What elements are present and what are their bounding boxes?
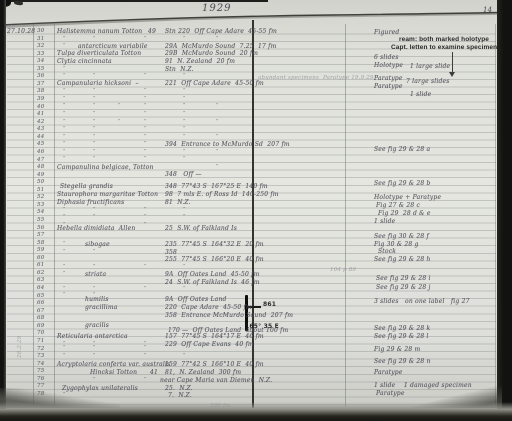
specimen-number: 53 bbox=[37, 203, 44, 209]
ledger-entry-text: 81 N.Z. bbox=[165, 200, 191, 206]
ledger-entry-text: See fig 29 & 28 j bbox=[376, 285, 431, 291]
ledger-entry-text: Diphasia fructificans bbox=[57, 200, 124, 206]
specimen-number: 47 bbox=[37, 158, 44, 164]
ditto-mark: ″ bbox=[183, 265, 185, 271]
ledger-entry-text: Hincksi Totton bbox=[90, 370, 137, 376]
ditto-mark: ″ bbox=[93, 293, 95, 299]
ditto-mark: ″ bbox=[144, 112, 146, 118]
ditto-mark: ″ bbox=[216, 120, 218, 126]
specimen-number: 66 bbox=[37, 301, 44, 307]
ledger-entry-text: 91 N. Zealand 20 fm bbox=[165, 59, 235, 65]
ditto-mark: ″ bbox=[183, 37, 185, 43]
ditto-mark: ″ bbox=[183, 346, 185, 352]
ditto-mark: ″ bbox=[93, 157, 95, 163]
ditto-mark: ″ bbox=[63, 157, 65, 163]
ditto-mark: ″ bbox=[183, 89, 185, 95]
specimen-number: 40 bbox=[37, 105, 44, 111]
ledger-entry-text: near Cape Maria van Diemen N.Z. bbox=[160, 378, 272, 384]
ledger-entry-text: Campanularia hicksoni – bbox=[57, 81, 139, 87]
ledger-entry-text: Stegella grandis bbox=[60, 184, 113, 190]
ledger-entry-text: Figured bbox=[374, 30, 399, 36]
ditto-mark: ″ bbox=[93, 142, 95, 148]
year-label: 1929 bbox=[202, 4, 231, 14]
column-rule-date bbox=[33, 24, 34, 407]
ledger-entry-text: 221 Off Cape Adare 45-50 fm bbox=[165, 81, 264, 87]
specimen-number: 50 bbox=[37, 180, 44, 186]
ledger-entry-text: 348 77°43 S 167°25 E 140 fm bbox=[165, 184, 268, 190]
ditto-mark: ″ bbox=[183, 215, 185, 221]
ditto-mark: ″ bbox=[63, 104, 65, 110]
ledger-entry-text: Paratype bbox=[374, 84, 403, 90]
page-number: 14 bbox=[483, 7, 492, 14]
ledger-entry-text: Stn N.Z. bbox=[165, 67, 194, 73]
ditto-mark: ″ bbox=[144, 346, 146, 352]
specimen-number: 61 bbox=[37, 263, 44, 269]
printed-note-line2: Capt. letten to examine specimen bbox=[391, 45, 497, 52]
photo-right-edge bbox=[497, 0, 512, 421]
side-date: 28.2.29 bbox=[18, 336, 24, 358]
specimen-number: 63 bbox=[37, 278, 44, 284]
ledger-entry-text: 861 bbox=[263, 302, 276, 308]
ledger-entry-text: 9A Off Oates Land 45-50 fm bbox=[165, 272, 259, 278]
ditto-mark: ″ bbox=[216, 150, 218, 156]
ditto-mark: ″ bbox=[118, 104, 120, 110]
specimen-number: 74 bbox=[37, 362, 44, 368]
specimen-number: 43 bbox=[37, 127, 44, 133]
ledger-entry-text: 9A Off Oates Land bbox=[165, 297, 227, 303]
specimen-number: 71 bbox=[37, 339, 44, 345]
ledger-entry-text: 29B McMurdo Sound 20 fm bbox=[165, 51, 258, 57]
specimen-number: 68 bbox=[37, 316, 44, 322]
ledger-entry-text: 7. N.Z. bbox=[168, 393, 192, 399]
ledger-entry-text: 24 S.W. of Falkland Is 46 fm bbox=[165, 280, 260, 286]
ditto-mark: ″ bbox=[144, 127, 146, 133]
ditto-mark: ″ bbox=[93, 104, 95, 110]
ledger-entry-text: Acryptolaria conferta var. australis bbox=[57, 362, 170, 368]
ledger-entry-text: Fig 29 & 28 m bbox=[374, 347, 420, 353]
specimen-number: 39 bbox=[37, 97, 44, 103]
ledger-entry-text: See fig 29 & 28 h bbox=[374, 257, 431, 263]
ditto-mark: ″ bbox=[93, 215, 95, 221]
photo-left-edge bbox=[0, 0, 6, 421]
ledger-entry-text: 1 slide bbox=[374, 219, 395, 225]
ditto-mark: ″ bbox=[216, 37, 218, 43]
ditto-mark: ″ bbox=[144, 215, 146, 221]
ditto-mark: ″ bbox=[93, 89, 95, 95]
specimen-number: 45 bbox=[37, 142, 44, 148]
specimen-number: 37 bbox=[37, 82, 44, 88]
specimen-number: 34 bbox=[37, 59, 44, 65]
ledger-entry-text: gracillima bbox=[85, 305, 118, 311]
ditto-mark: ″ bbox=[63, 354, 65, 360]
specimen-number: 76 bbox=[37, 377, 44, 383]
ditto-mark: ″ bbox=[144, 74, 146, 80]
ledger-entry-text: Stock bbox=[378, 249, 396, 255]
ledger-entry-text: Staurophora margaritae Totton bbox=[57, 192, 158, 198]
ditto-mark: ″ bbox=[63, 89, 65, 95]
specimen-number: 32 bbox=[37, 44, 44, 50]
ledger-entry-text: striata bbox=[85, 272, 106, 278]
specimen-number: 57 bbox=[37, 233, 44, 239]
ledger-entry-text: Campanulina belgicae, Totton bbox=[57, 165, 154, 171]
ditto-mark: ″ bbox=[144, 287, 146, 293]
specimen-number: 73 bbox=[37, 354, 44, 360]
ledger-entry-text: Halistemma nanum Totton bbox=[57, 29, 142, 35]
ledger-entry-text: sibogae bbox=[85, 242, 110, 248]
ditto-mark: ″ bbox=[93, 378, 95, 384]
ledger-entry-text: 348 Off — bbox=[165, 172, 202, 178]
ditto-mark: ″ bbox=[93, 354, 95, 360]
ditto-mark: ″ bbox=[144, 37, 146, 43]
specimen-number: 56 bbox=[37, 226, 44, 232]
ditto-mark: ″ bbox=[144, 223, 146, 229]
ledger-entry-text: 394 Entrance to McMurdo Sd 207 fm bbox=[165, 142, 290, 148]
ledger-entry-text: 104 p 89 bbox=[330, 268, 356, 274]
ledger-entry-text: Fig 27 & 28 c bbox=[376, 203, 420, 209]
specimen-number: 51 bbox=[37, 188, 44, 194]
ditto-mark: ″ bbox=[93, 37, 95, 43]
specimen-number: 49 bbox=[37, 173, 44, 179]
ledger-entry-text: 157 77°45 S 164°17 E 46 fm bbox=[165, 334, 264, 340]
ledger-entry-text: 3 slides on one label fig 27 bbox=[374, 299, 470, 305]
ditto-mark: ″ bbox=[63, 272, 65, 278]
ditto-mark: ″ bbox=[63, 74, 65, 80]
annotation-arrow-head bbox=[449, 72, 455, 77]
ledger-entry-text: 229 Off Cape Evans 40 fm bbox=[165, 342, 254, 348]
ledger-entry-text: 1 large slide bbox=[410, 64, 450, 70]
ledger-entry-text: Holotype bbox=[374, 63, 403, 69]
ditto-mark: ″ bbox=[63, 142, 65, 148]
ledger-entry-text: Reticularia antarctica bbox=[57, 334, 128, 340]
ditto-mark: ″ bbox=[144, 157, 146, 163]
ledger-entry-text: gracilis bbox=[85, 323, 109, 329]
printed-note-line1: ream: both marked holotype bbox=[399, 37, 489, 44]
ledger-entry-text: 159 77°42 S 166°10 E 40 fm bbox=[165, 362, 264, 368]
ditto-mark: ″ bbox=[183, 287, 185, 293]
ditto-mark: ″ bbox=[63, 112, 65, 118]
ditto-mark: ″ bbox=[93, 127, 95, 133]
ledger-entry-text: Holotype + Paratype bbox=[374, 195, 441, 201]
ditto-mark: ″ bbox=[216, 104, 218, 110]
ditto-mark: ″ bbox=[144, 265, 146, 271]
ditto-mark: ″ bbox=[63, 215, 65, 221]
ditto-mark: ″ bbox=[183, 135, 185, 141]
ledger-entry-text: See fig 29 & 28 a bbox=[374, 147, 430, 153]
photo-top-edge bbox=[0, 0, 268, 2]
specimen-number: 38 bbox=[37, 89, 44, 95]
column-rule-number bbox=[54, 24, 55, 407]
ledger-entry-text: Clytia cincinnata bbox=[57, 59, 112, 65]
ditto-mark: ″ bbox=[93, 74, 95, 80]
ledger-entry-text: Fig 29 28 d & e bbox=[378, 211, 431, 217]
specimen-number: 60 bbox=[37, 256, 44, 262]
ditto-mark: ″ bbox=[183, 74, 185, 80]
ditto-mark: ″ bbox=[93, 112, 95, 118]
ledger-entry-text: See fig 29 & 28 b bbox=[374, 181, 431, 187]
page-edge-rule bbox=[495, 24, 496, 407]
ledger-entry-text: humilis bbox=[85, 297, 109, 303]
specimen-number: 75 bbox=[37, 369, 44, 375]
specimen-number: 52 bbox=[37, 195, 44, 201]
ledger-entry-text: 25 S.W. of Falkland Is bbox=[165, 226, 237, 232]
ditto-mark: ″ bbox=[93, 250, 95, 256]
specimen-number: 64 bbox=[37, 286, 44, 292]
ledger-entry-text: See fig 29 & 28 n bbox=[374, 359, 431, 365]
ditto-mark: ″ bbox=[144, 378, 146, 384]
specimen-number: 33 bbox=[37, 52, 44, 58]
ledger-entry-text: 98 7 mls E. of Ross Id 140-250 fm bbox=[165, 192, 279, 198]
ledger-entry-text: Tulpa diverticulata Totton bbox=[57, 51, 141, 57]
ledger-entry-text: abundant specimens Paratype 19.9.29 bbox=[258, 76, 374, 82]
specimen-number: 72 bbox=[37, 347, 44, 353]
annotation-arrow-line bbox=[452, 52, 453, 73]
ditto-mark: ″ bbox=[63, 223, 65, 229]
specimen-number: 67 bbox=[37, 309, 44, 315]
ledger-entry-text: 27.10.28 bbox=[7, 29, 35, 35]
ditto-mark: ″ bbox=[63, 127, 65, 133]
ditto-mark: ″ bbox=[63, 293, 65, 299]
ledger-entry-text: Hebella dimidiata Allen bbox=[57, 226, 135, 232]
ditto-mark: ″ bbox=[63, 346, 65, 352]
ditto-mark: ″ bbox=[118, 120, 120, 126]
ledger-entry-text: See fig 30 & 28 f bbox=[374, 234, 429, 240]
specimen-number: 48 bbox=[37, 165, 44, 171]
ledger-entry-text: See fig 29 & 28 k bbox=[374, 326, 430, 332]
ledger-entry-text: 220 Cape Adare 45-50 fm bbox=[165, 305, 252, 311]
ledger-entry-text: Paratype bbox=[374, 76, 403, 82]
ledger-entry-text: 81, N. Zealand 300 fm bbox=[165, 370, 241, 376]
ledger-entry-text: 6 slides bbox=[374, 55, 399, 61]
specimen-number: 62 bbox=[37, 271, 44, 277]
ditto-mark: ″ bbox=[216, 135, 218, 141]
ditto-mark: ″ bbox=[144, 89, 146, 95]
ditto-mark: ″ bbox=[144, 354, 146, 360]
ledger-entry-text: 1 slide bbox=[410, 92, 431, 98]
specimen-number: 54 bbox=[37, 210, 44, 216]
ditto-mark: ″ bbox=[63, 44, 65, 50]
ledger-entry-text: 235 77°45 S 164°32 E 20 fm bbox=[165, 242, 264, 248]
ditto-mark: ″ bbox=[183, 104, 185, 110]
ledger-entry-text: Paratype bbox=[376, 391, 405, 397]
specimen-number: 58 bbox=[37, 241, 44, 247]
column-rule-main-divider bbox=[252, 20, 254, 408]
ditto-mark: ″ bbox=[144, 104, 146, 110]
ledger-photo: 1929 14 ream: both marked holotype Capt.… bbox=[0, 0, 512, 421]
specimen-number: 59 bbox=[37, 248, 44, 254]
photo-bottom-edge bbox=[0, 402, 512, 421]
ditto-mark: ″ bbox=[183, 112, 185, 118]
ditto-mark: ″ bbox=[63, 242, 65, 248]
specimen-number: 31 bbox=[37, 37, 44, 43]
ledger-entry-text: Paratype bbox=[374, 370, 403, 376]
ditto-mark: ″ bbox=[93, 265, 95, 271]
ledger-entry-text: 255 77°45 S 166°20 E 40 fm bbox=[165, 257, 264, 263]
specimen-number: 35 bbox=[37, 67, 44, 73]
ditto-mark: ″ bbox=[183, 354, 185, 360]
specimen-number: 46 bbox=[37, 150, 44, 156]
ledger-entry-text: See fig 29 & 28 i bbox=[376, 276, 431, 282]
ledger-entry-text: 49 bbox=[148, 29, 156, 35]
ditto-mark: ″ bbox=[63, 250, 65, 256]
ledger-entry-text: 7 large slides bbox=[406, 79, 450, 85]
specimen-number: 69 bbox=[37, 324, 44, 330]
ditto-mark: ″ bbox=[144, 142, 146, 148]
specimen-number: 55 bbox=[37, 218, 44, 224]
ledger-entry-text: Stn 220 Off Cape Adare 45-55 fm bbox=[165, 29, 277, 35]
ditto-mark: ″ bbox=[93, 346, 95, 352]
specimen-number: 41 bbox=[37, 112, 44, 118]
ledger-entry-text: 41 bbox=[150, 370, 158, 376]
ditto-mark: ″ bbox=[183, 127, 185, 133]
ditto-mark: ″ bbox=[216, 165, 218, 171]
ledger-entry-text: See fig 29 & 28 l bbox=[374, 334, 429, 340]
specimen-number: 70 bbox=[37, 331, 44, 337]
specimen-number: 30 bbox=[37, 29, 44, 35]
specimen-number: 44 bbox=[37, 135, 44, 141]
ditto-mark: ″ bbox=[183, 157, 185, 163]
specimen-number: 65 bbox=[37, 294, 44, 300]
specimen-number: 36 bbox=[37, 74, 44, 80]
specimen-number: 42 bbox=[37, 120, 44, 126]
ledger-entry-text: 358 Entrance McMurdo Sound 207 fm bbox=[165, 313, 293, 319]
